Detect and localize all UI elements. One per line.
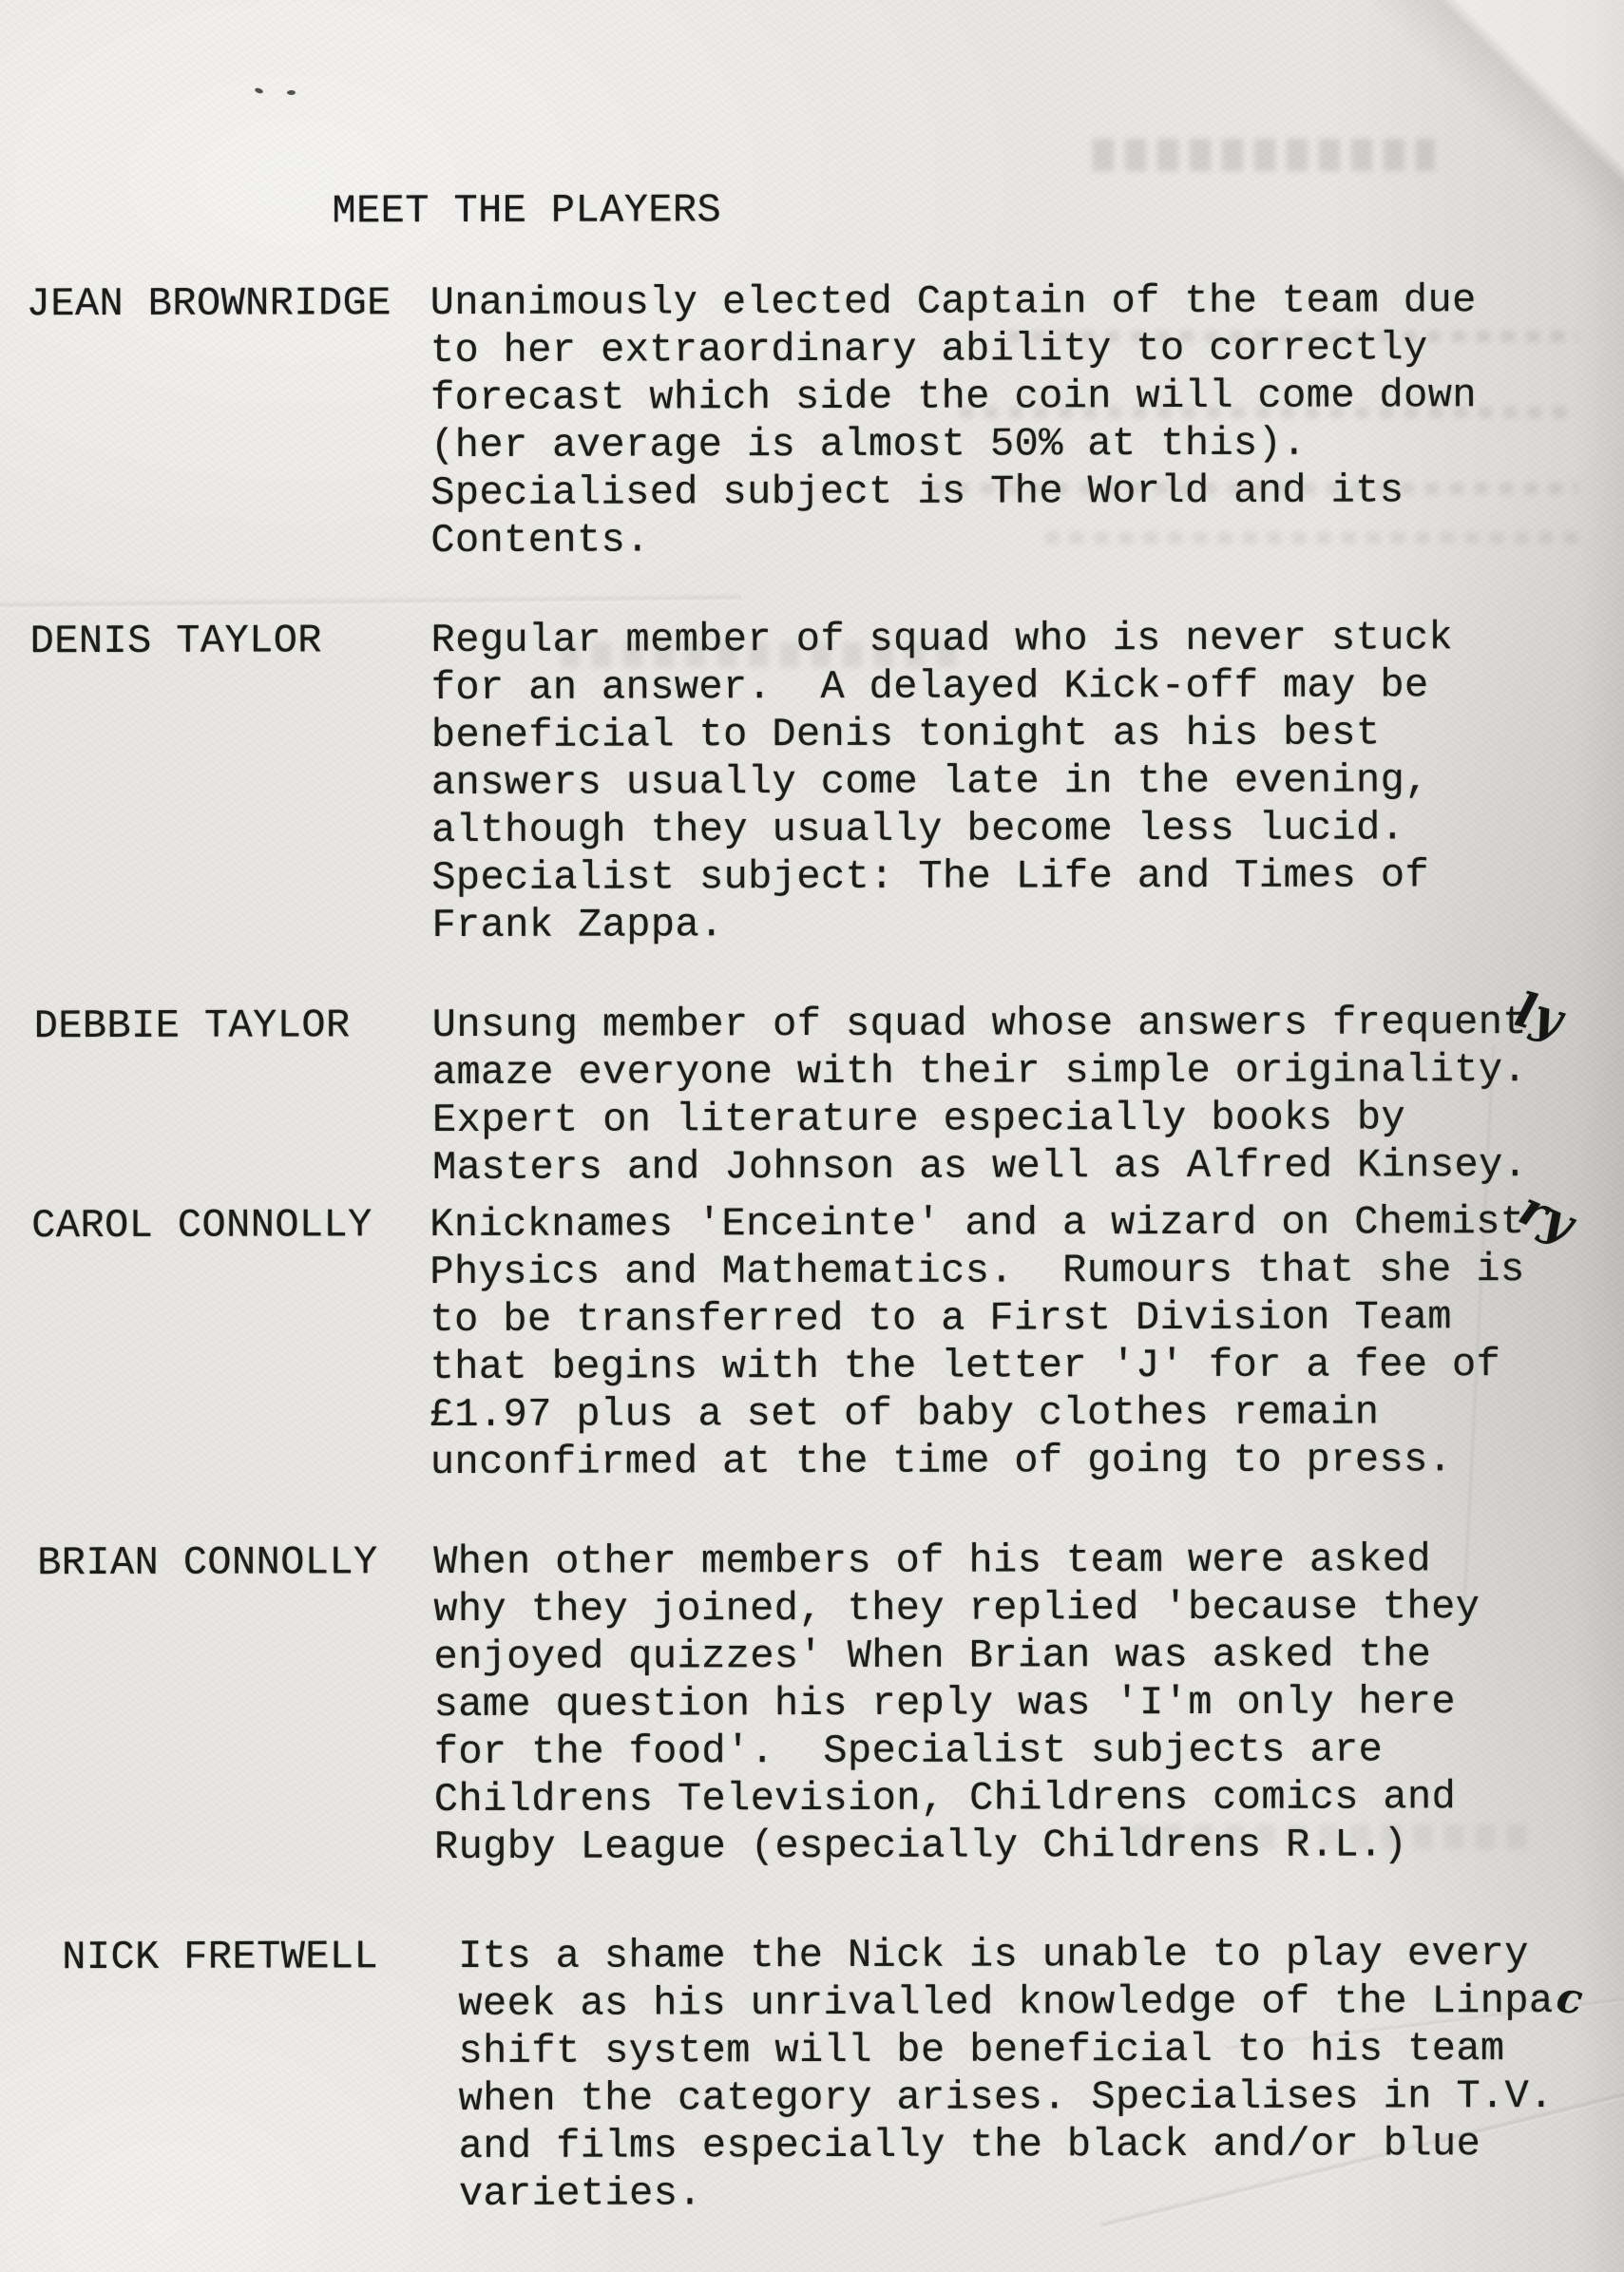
page-title: MEET THE PLAYERS [332,186,721,235]
player-description: Regular member of squad who is never stu… [431,614,1563,949]
player-name: CAROL CONNOLLY [31,1201,373,1250]
typed-content: MEET THE PLAYERS JEAN BROWNRIDGE Unanimo… [0,0,1624,2272]
player-name: DENIS TAYLOR [30,617,322,665]
player-description: When other members of his team were aske… [433,1536,1565,1871]
player-description: Its a shame the Nick is unable to play e… [458,1930,1590,2218]
player-description: Knicknames 'Enceinte' and a wizard on Ch… [430,1198,1561,1486]
player-description: Unsung member of squad whose answers fre… [432,999,1564,1192]
player-name: JEAN BROWNRIDGE [27,279,392,328]
player-name: DEBBIE TAYLOR [34,1002,351,1050]
player-name: BRIAN CONNOLLY [37,1538,378,1587]
player-description: Unanimously elected Captain of the team … [430,277,1562,564]
scanned-document-page: MEET THE PLAYERS JEAN BROWNRIDGE Unanimo… [0,0,1624,2272]
player-name: NICK FRETWELL [62,1933,378,1981]
